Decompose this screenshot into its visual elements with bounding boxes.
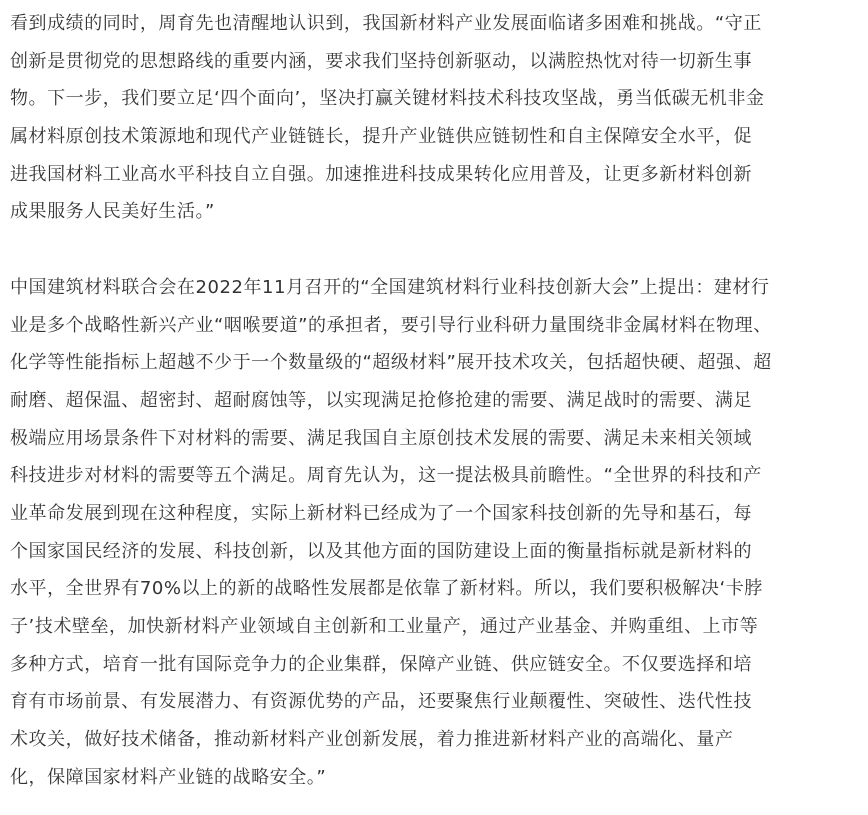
text-line: 子’技术壁垒，加快新材料产业领域自主创新和工业量产，通过产业基金、并购重组、上市… [10, 608, 860, 646]
text-line: 育有市场前景、有发展潜力、有资源优势的产品，还要聚焦行业颠覆性、突破性、迭代性技 [10, 683, 860, 721]
text-line: 进我国材料工业高水平科技自立自强。加速推进科技成果转化应用普及，让更多新材料创新 [10, 156, 860, 194]
text-line: 化学等性能指标上超越不少于一个数量级的“超级材料”展开技术攻关，包括超快硬、超强… [10, 344, 860, 382]
text-line: 业革命发展到现在这种程度，实际上新材料已经成为了一个国家科技创新的先导和基石，每 [10, 495, 860, 533]
text-line: 属材料原创技术策源地和现代产业链链长，提升产业链供应链韧性和自主保障安全水平，促 [10, 118, 860, 156]
text-line: 创新是贯彻党的思想路线的重要内涵，要求我们坚持创新驱动，以满腔热忱对待一切新生事 [10, 43, 860, 81]
paragraph-2: 中国建筑材料联合会在2022年11月召开的“全国建筑材料行业科技创新大会”上提出… [10, 269, 860, 797]
text-line: 多种方式，培育一批有国际竞争力的企业集群，保障产业链、供应链安全。不仅要选择和培 [10, 646, 860, 684]
article-body: 看到成绩的同时，周育先也清醒地认识到，我国新材料产业发展面临诸多困难和挑战。“守… [10, 0, 860, 796]
paragraph-1: 看到成绩的同时，周育先也清醒地认识到，我国新材料产业发展面临诸多困难和挑战。“守… [10, 5, 860, 231]
text-line: 术攻关，做好技术储备，推动新材料产业创新发展，着力推进新材料产业的高端化、量产 [10, 721, 860, 759]
text-line: 极端应用场景条件下对材料的需要、满足我国自主原创技术发展的需要、满足未来相关领域 [10, 420, 860, 458]
text-line: 看到成绩的同时，周育先也清醒地认识到，我国新材料产业发展面临诸多困难和挑战。“守… [10, 5, 860, 43]
text-line: 业是多个战略性新兴产业“咽喉要道”的承担者，要引导行业科研力量围绕非金属材料在物… [10, 307, 860, 345]
text-line: 中国建筑材料联合会在2022年11月召开的“全国建筑材料行业科技创新大会”上提出… [10, 269, 860, 307]
text-line: 科技进步对材料的需要等五个满足。周育先认为，这一提法极具前瞻性。“全世界的科技和… [10, 457, 860, 495]
text-line: 水平，全世界有70%以上的新的战略性发展都是依靠了新材料。所以，我们要积极解决‘… [10, 570, 860, 608]
text-line: 化，保障国家材料产业链的战略安全。” [10, 759, 860, 797]
text-line: 物。下一步，我们要立足‘四个面向’，坚决打赢关键材料技术科技攻坚战，勇当低碳无机… [10, 80, 860, 118]
text-line: 成果服务人民美好生活。” [10, 193, 860, 231]
text-line: 耐磨、超保温、超密封、超耐腐蚀等，以实现满足抢修抢建的需要、满足战时的需要、满足 [10, 382, 860, 420]
text-line: 个国家国民经济的发展、科技创新，以及其他方面的国防建设上面的衡量指标就是新材料的 [10, 533, 860, 571]
